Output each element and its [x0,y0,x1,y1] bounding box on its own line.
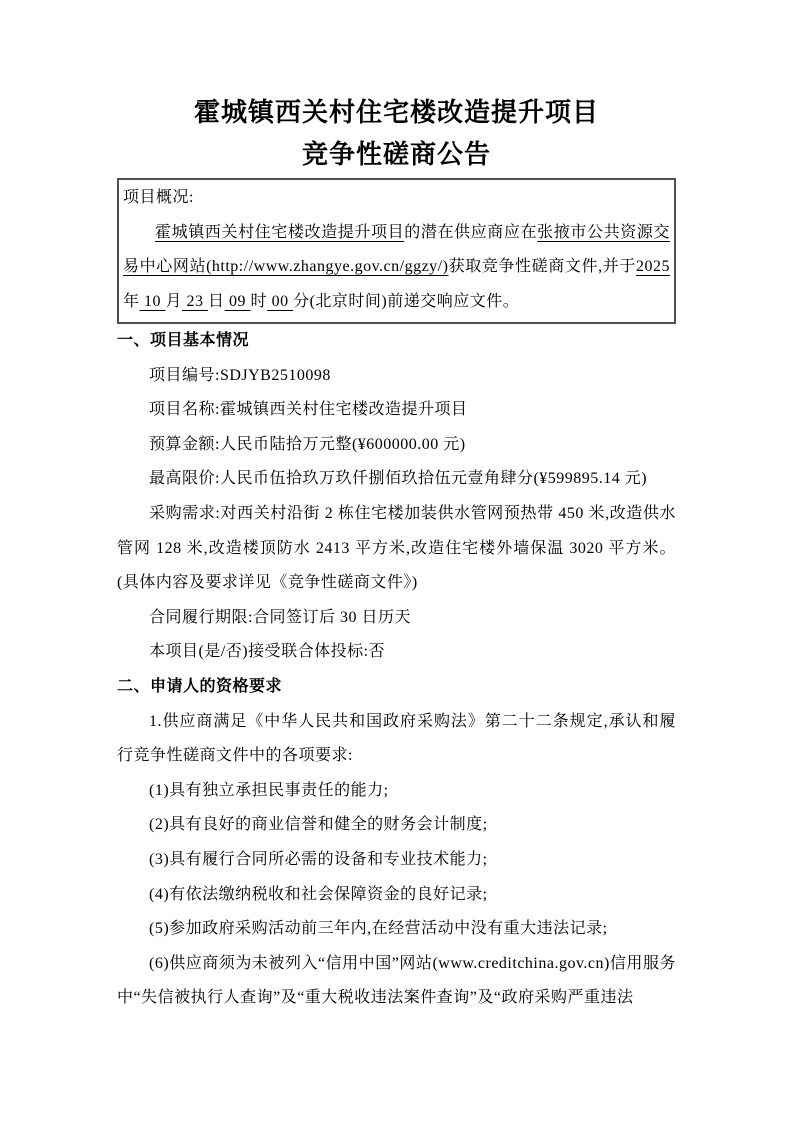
overview-text: 年 [123,293,140,310]
overview-text: 日 [208,293,225,310]
qualification-item-3: (3)具有履行合同所必需的设备和专业技术能力; [117,843,676,878]
qualification-item-4: (4)有依法缴纳税收和社会保障资金的良好记录; [117,878,676,913]
section1-heading: 一、项目基本情况 [117,324,676,359]
overview-text: 获取竞争性磋商文件,并于 [448,258,636,275]
section2-heading: 二、申请人的资格要求 [117,670,676,705]
contract-period-line: 合同履行期限:合同签订后 30 日历天 [117,601,676,636]
overview-label: 项目概况: [123,181,670,216]
qualification-intro-paragraph: 1.供应商满足《中华人民共和国政府采购法》第二十二条规定,承认和履行竞争性磋商文… [117,705,676,774]
overview-text: 分(北京时间)前递交响应文件。 [293,293,519,310]
overview-paragraph: 霍城镇西关村住宅楼改造提升项目的潜在供应商应在张掖市公共资源交易中心网站(htt… [123,216,670,320]
overview-text: 月 [166,293,183,310]
overview-project-name-blank: 霍城镇西关村住宅楼改造提升项目 [155,224,404,241]
max-price-line: 最高限价:人民币伍拾玖万玖仟捌佰玖拾伍元壹角肆分(¥599895.14 元) [117,462,676,497]
qualification-item-2: (2)具有良好的商业信誉和健全的财务会计制度; [117,808,676,843]
procurement-demand-paragraph: 采购需求:对西关村沿街 2 栋住宅楼加装供水管网预热带 450 米,改造供水管网… [117,497,676,601]
qualification-item-5: (5)参加政府采购活动前三年内,在经营活动中没有重大违法记录; [117,912,676,947]
consortium-bid-line: 本项目(是/否)接受联合体投标:否 [117,635,676,670]
document-subtitle: 竞争性磋商公告 [117,134,676,176]
project-name-line: 项目名称:霍城镇西关村住宅楼改造提升项目 [117,393,676,428]
qualification-item-6: (6)供应商须为未被列入“信用中国”网站(www.creditchina.gov… [117,947,676,1016]
overview-text: 的潜在供应商应在 [404,224,537,241]
budget-amount-line: 预算金额:人民币陆拾万元整(¥600000.00 元) [117,428,676,463]
overview-minute-blank: 00 [267,293,293,310]
project-overview-box: 项目概况: 霍城镇西关村住宅楼改造提升项目的潜在供应商应在张掖市公共资源交易中心… [117,178,676,324]
overview-text: 时 [251,293,268,310]
document-page: 霍城镇西关村住宅楼改造提升项目 竞争性磋商公告 项目概况: 霍城镇西关村住宅楼改… [0,0,793,1122]
overview-month-blank: 10 [140,293,166,310]
overview-hour-blank: 09 [225,293,251,310]
overview-day-blank: 23 [182,293,208,310]
qualification-item-1: (1)具有独立承担民事责任的能力; [117,774,676,809]
document-title: 霍城镇西关村住宅楼改造提升项目 [117,92,676,134]
overview-year-blank: 2025 [636,258,670,275]
project-number-line: 项目编号:SDJYB2510098 [117,359,676,394]
